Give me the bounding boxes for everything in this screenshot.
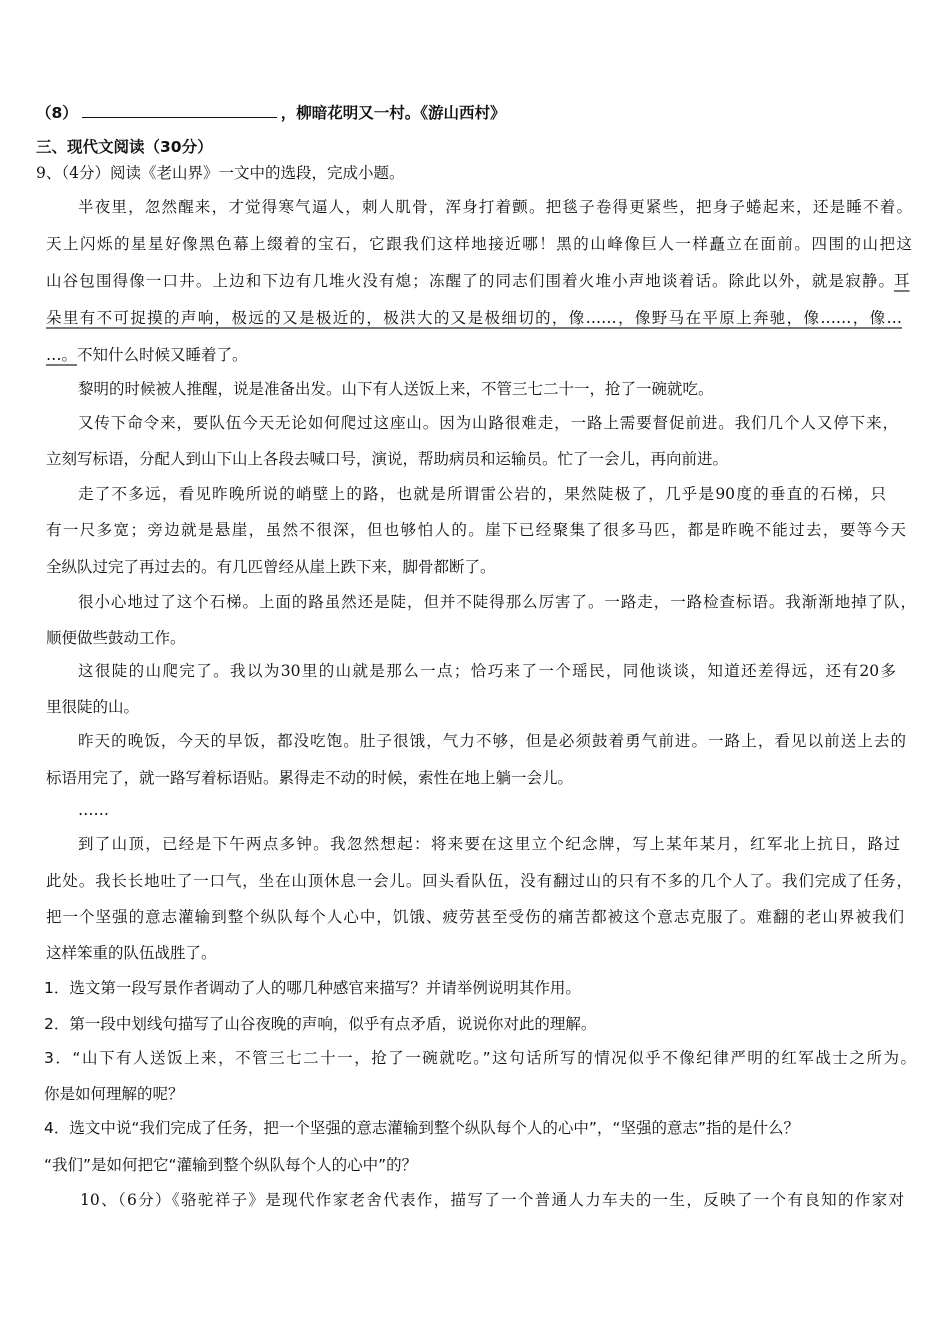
passage-text: 不知什么时候又睡着了。 — [77, 346, 248, 364]
question-9-header: 9、（4分）阅读《老山界》一文中的选段，完成小题。 — [36, 163, 404, 183]
passage-line: 山谷包围得像一口井。上边和下边有几堆火没有熄；冻醒了的同志们围着火堆小声地谈着话… — [46, 271, 912, 291]
underlined-sentence: …。 — [46, 346, 77, 364]
passage-ellipsis: …… — [78, 800, 109, 820]
sub-question-4: 4．选文中说“我们完成了任务，把一个坚强的意志灌输到整个纵队每个人的心中”，“坚… — [44, 1118, 799, 1138]
passage-line: 顺便做些鼓动工作。 — [46, 628, 186, 648]
question-10-header: 10、（6分）《骆驼祥子》是现代作家老舍代表作，描写了一个普通人力车夫的一生，反… — [80, 1190, 904, 1210]
fill-blank-item-8: （8），柳暗花明又一村。《游山西村》 — [36, 103, 506, 123]
passage-line: 此处。我长长地吐了一口气，坐在山顶休息一会儿。回头看队伍，没有翻过山的只有不多的… — [46, 871, 912, 891]
underlined-sentence: 耳 — [894, 272, 910, 290]
passage-line: 有一尺多宽；旁边就是悬崖，虽然不很深，但也够怕人的。崖下已经聚集了很多马匹，都是… — [46, 520, 906, 540]
section-title: 三、现代文阅读（30分） — [36, 137, 213, 157]
passage-line: 半夜里，忽然醒来，才觉得寒气逼人，刺人肌骨，浑身打着颤。把毯子卷得更紧些，把身子… — [78, 197, 912, 217]
sub-question-3-cont: 你是如何理解的呢？ — [44, 1084, 184, 1104]
passage-line: 很小心地过了这个石梯。上面的路虽然还是陡，但并不陡得那么厉害了。一路走，一路检查… — [78, 592, 916, 612]
passage-line: 把一个坚强的意志灌输到整个纵队每个人心中，饥饿、疲劳甚至受伤的痛苦都被这个意志克… — [46, 907, 904, 927]
passage-line: 这很陡的山爬完了。我以为30里的山就是那么一点；恰巧来了一个瑶民，同他谈谈，知道… — [78, 661, 896, 681]
passage-line: 全纵队过完了再过去的。有几匹曾经从崖上跌下来，脚骨都断了。 — [46, 557, 496, 577]
passage-line: 到了山顶，已经是下午两点多钟。我忽然想起：将来要在这里立个纪念牌，写上某年某月，… — [78, 834, 900, 854]
sub-question-3: 3．“山下有人送饭上来，不管三七二十一，抢了一碗就吃。”这句话所写的情况似乎不像… — [44, 1048, 916, 1068]
passage-line: 标语用完了，就一路写着标语贴。累得走不动的时候，索性在地上躺一会儿。 — [46, 768, 573, 788]
passage-line: 走了不多远，看见昨晚所说的峭壁上的路，也就是所谓雷公岩的，果然陡极了，几乎是90… — [78, 484, 886, 504]
passage-line: 立刻写标语，分配人到山下山上各段去喊口号，演说，帮助病员和运输员。忙了一会儿，再… — [46, 449, 728, 469]
passage-line: 又传下命令来，要队伍今天无论如何爬过这座山。因为山路很难走，一路上需要督促前进。… — [78, 413, 898, 433]
passage-line: 黎明的时候被人推醒，说是准备出发。山下有人送饭上来，不管三七二十一，抢了一碗就吃… — [78, 379, 714, 399]
passage-line: 昨天的晚饭，今天的早饭，都没吃饱。肚子很饿，气力不够，但是必须鼓着勇气前进。一路… — [78, 731, 906, 751]
passage-line: 里很陡的山。 — [46, 697, 139, 717]
underlined-sentence: 朵里有不可捉摸的声响，极远的又是极近的，极洪大的又是极细切的，像……，像野马在平… — [46, 308, 902, 328]
sub-question-4-cont: “我们”是如何把它“灌输到整个纵队每个人的心中”的？ — [44, 1155, 417, 1175]
passage-text: 山谷包围得像一口井。上边和下边有几堆火没有熄；冻醒了的同志们围着火堆小声地谈着话… — [46, 271, 894, 291]
sub-question-2: 2．第一段中划线句描写了山谷夜晚的声响，似乎有点矛盾，说说你对此的理解。 — [44, 1014, 596, 1034]
sub-question-1: 1．选文第一段写景作者调动了人的哪几种感官来描写？并请举例说明其作用。 — [44, 978, 581, 998]
item-number: （8） — [36, 104, 78, 122]
passage-line: …。不知什么时候又睡着了。 — [46, 345, 248, 365]
answer-blank[interactable] — [82, 103, 277, 118]
poem-line: ，柳暗花明又一村。《游山西村》 — [281, 104, 506, 122]
passage-line: 天上闪烁的星星好像黑色幕上缀着的宝石，它跟我们这样地接近哪！黑的山峰像巨人一样矗… — [46, 234, 912, 254]
passage-line: 这样笨重的队伍战胜了。 — [46, 943, 217, 963]
